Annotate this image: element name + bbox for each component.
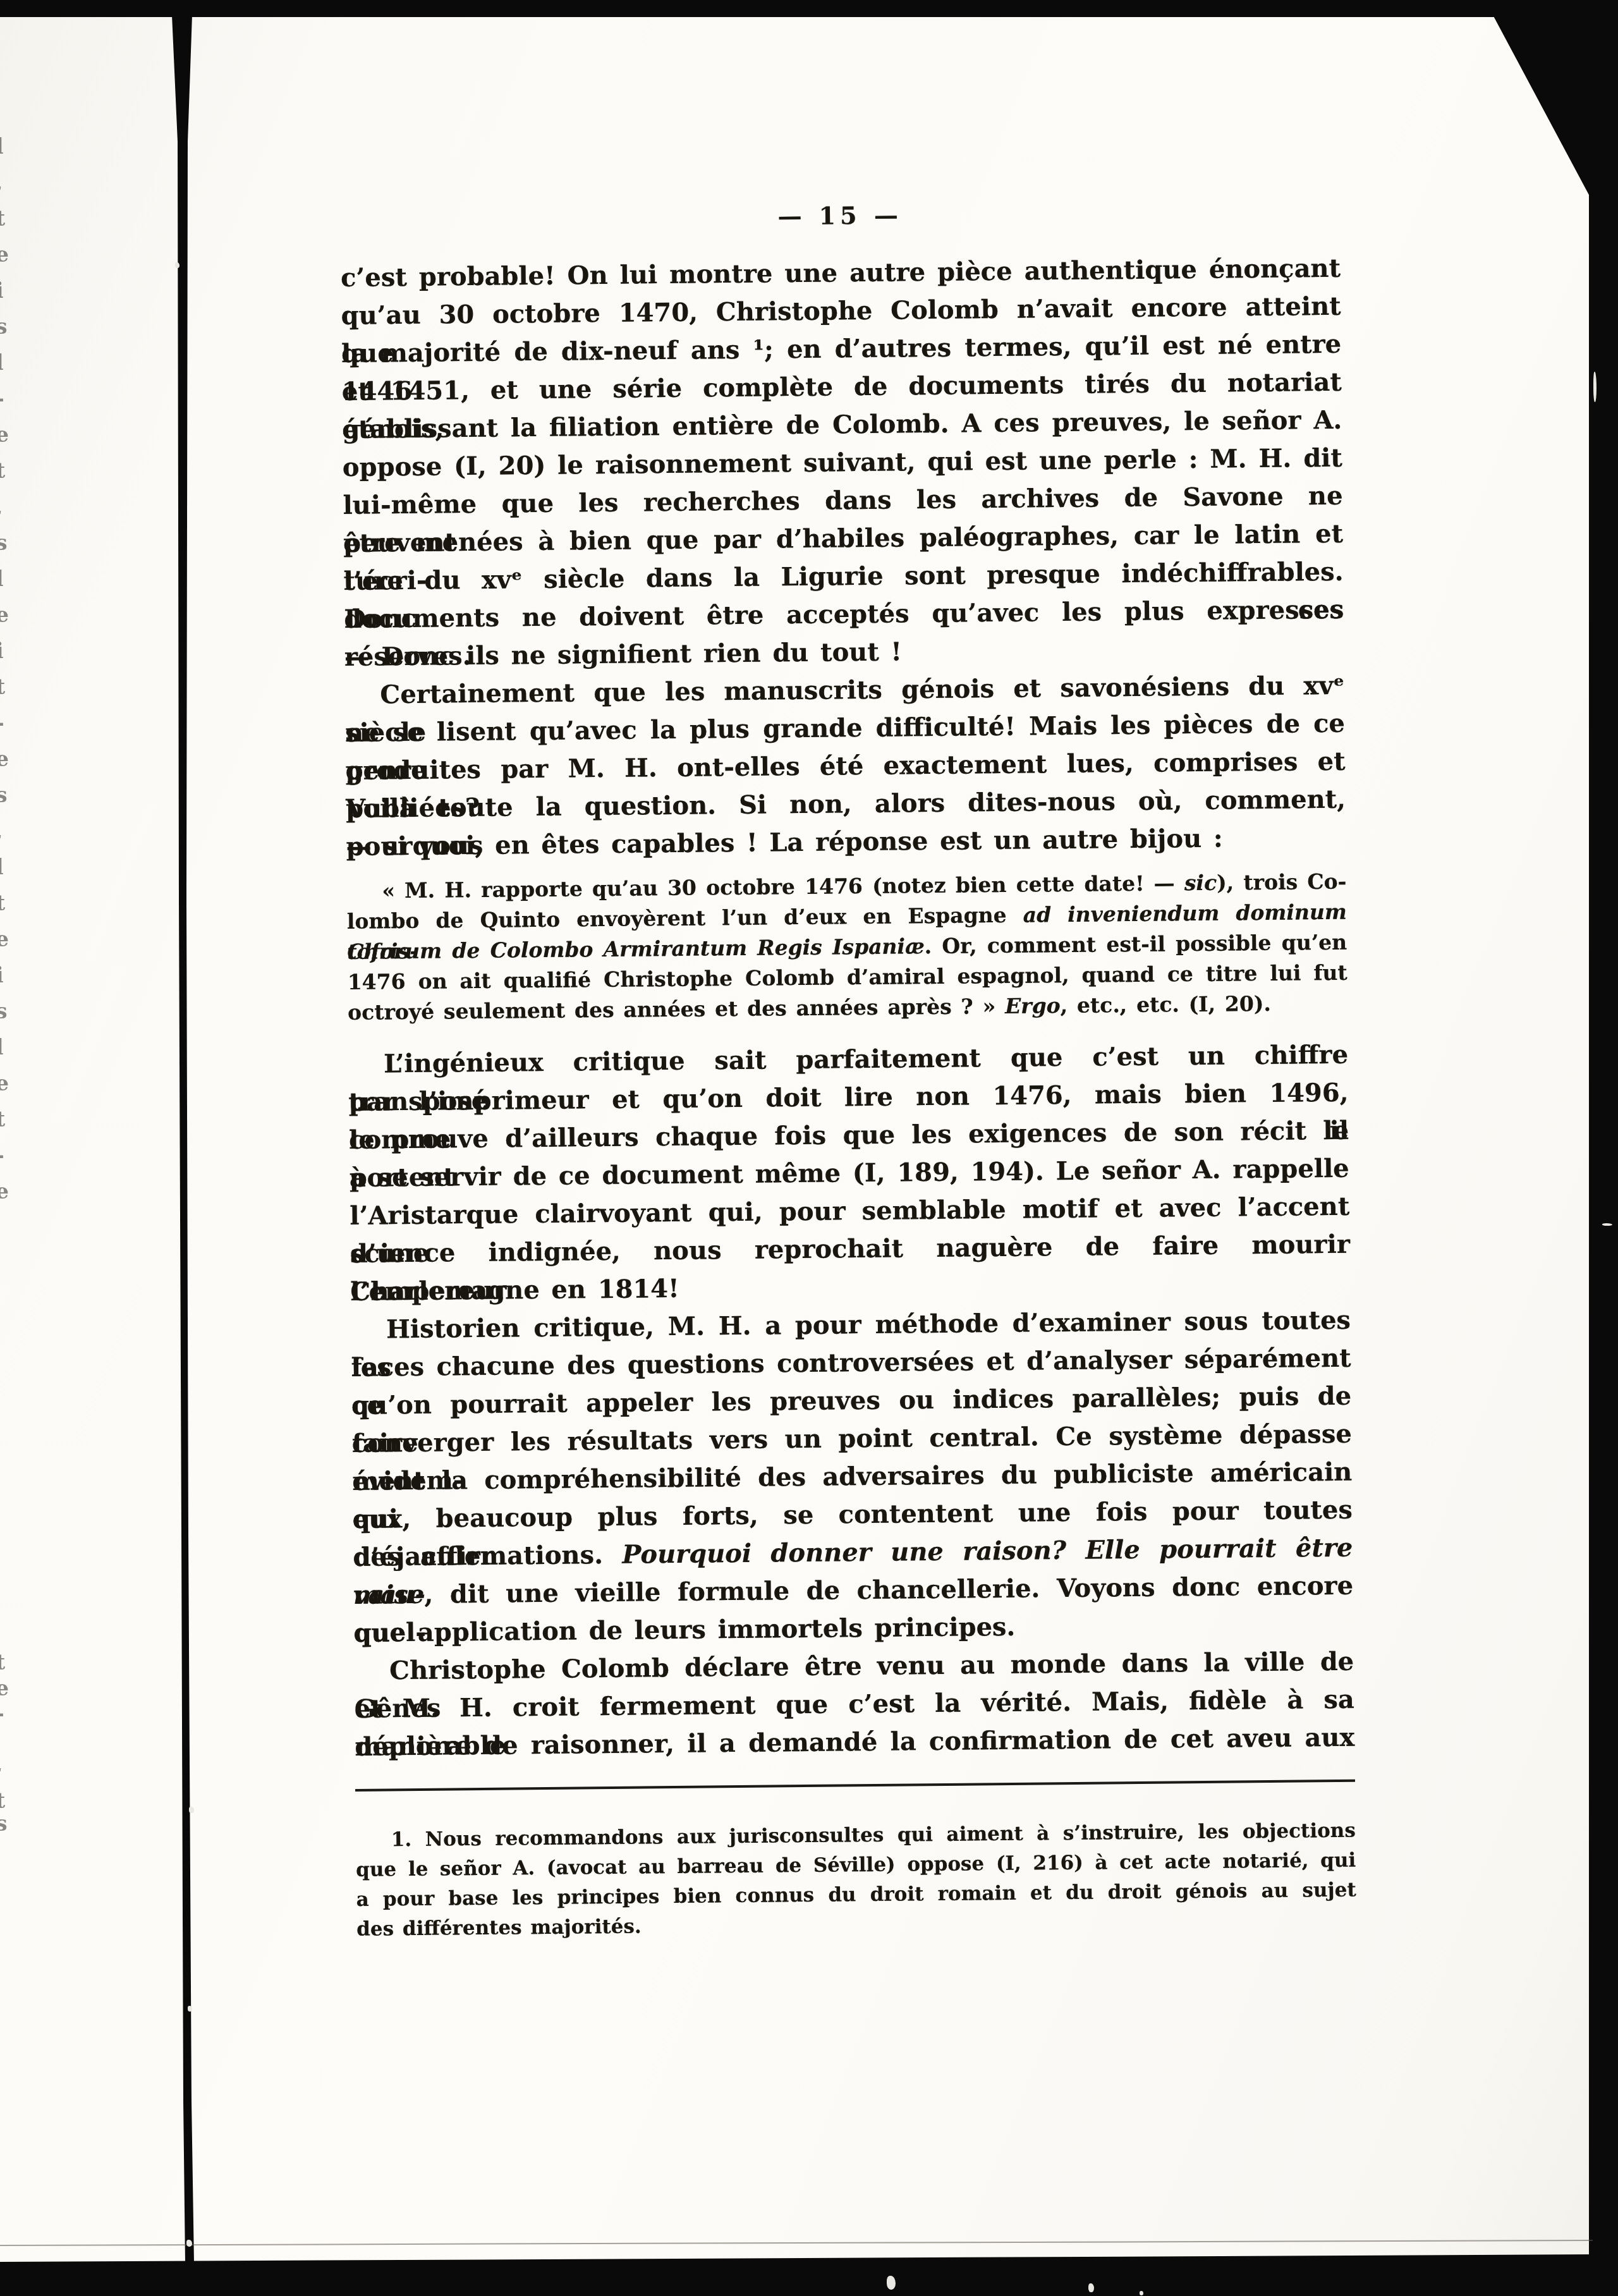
- scan-speck: [1602, 1223, 1612, 1226]
- bleed-fragment: -: [0, 1703, 4, 1724]
- bleed-fragment: i: [0, 280, 4, 301]
- bleed-fragment: -: [0, 388, 4, 409]
- bleed-fragment: e: [0, 604, 9, 625]
- bleed-fragment: t: [0, 1109, 5, 1130]
- bleed-fragment: s: [0, 1813, 8, 1834]
- bleed-fragment: t: [0, 1790, 5, 1811]
- bleed-fragment: t: [0, 208, 5, 229]
- bleed-fragment: t: [0, 893, 5, 913]
- paragraph: c’est probable! On lui montre une autre …: [341, 250, 1344, 676]
- bleed-fragment: e: [0, 1073, 9, 1094]
- bleed-fragment: t: [0, 676, 5, 697]
- book-scan: l,teisl-et,sleit-es,lteislet-ete-,ts — 1…: [0, 0, 1618, 2296]
- footnote-separator-rule: [355, 1780, 1355, 1792]
- bleed-fragment: t: [0, 1652, 5, 1673]
- paragraph: Certainement que les manuscrits génois e…: [344, 667, 1346, 866]
- block-quote: « M. H. rapporte qu’au 30 octobre 1476 (…: [346, 867, 1347, 1028]
- scan-speck: [175, 262, 179, 268]
- bleed-fragment: e: [0, 244, 9, 265]
- paragraph: L’ingénieux critique sait parfaitement q…: [348, 1036, 1351, 1311]
- scan-speck: [1140, 2291, 1143, 2295]
- scan-border-right: [1589, 0, 1618, 2296]
- bleed-fragment: -: [0, 712, 4, 733]
- bleed-fragment: ,: [0, 1754, 3, 1774]
- scan-speck: [1593, 372, 1597, 402]
- bleed-fragment: l: [0, 136, 4, 157]
- scan-speck: [189, 1807, 194, 1813]
- bleed-fragment: ,: [0, 496, 3, 517]
- bleed-fragment: i: [0, 640, 4, 661]
- bleed-fragment: e: [0, 748, 9, 769]
- bleed-fragment: e: [0, 1678, 9, 1699]
- scan-speck: [887, 2276, 896, 2290]
- bleed-fragment: e: [0, 929, 9, 950]
- bleed-fragment: s: [0, 785, 8, 805]
- scan-border-top: [0, 0, 1618, 17]
- bleed-fragment: i: [0, 965, 4, 986]
- bleed-fragment: s: [0, 532, 8, 553]
- bleed-fragment: e: [0, 1181, 9, 1202]
- paragraph: Christophe Colomb déclare être venu au m…: [354, 1643, 1355, 1766]
- footnote: 1. Nous recommandons aux jurisconsultes …: [356, 1816, 1357, 1945]
- bleed-fragment: l: [0, 568, 4, 589]
- page-content: — 15 — c’est probable! On lui montre une…: [340, 197, 1356, 1945]
- bleed-fragment: l: [0, 1037, 4, 1058]
- bleed-fragment: ,: [0, 821, 3, 841]
- bleed-fragment: s: [0, 1001, 8, 1022]
- scan-speck: [1088, 2283, 1094, 2292]
- paragraph: Historien critique, M. H. a pour méthode…: [351, 1302, 1354, 1652]
- bleed-fragment: l: [0, 352, 4, 373]
- scan-speck: [186, 2240, 192, 2247]
- bleed-fragment: ,: [0, 172, 3, 193]
- bleed-fragment: e: [0, 424, 9, 445]
- scan-speck: [188, 2006, 192, 2012]
- bleed-fragment: -: [0, 1145, 4, 1166]
- bleed-fragment: t: [0, 460, 5, 481]
- bleed-fragment: s: [0, 316, 8, 337]
- body-paragraphs: c’est probable! On lui montre une autre …: [341, 250, 1355, 1766]
- bleed-fragment: l: [0, 857, 4, 877]
